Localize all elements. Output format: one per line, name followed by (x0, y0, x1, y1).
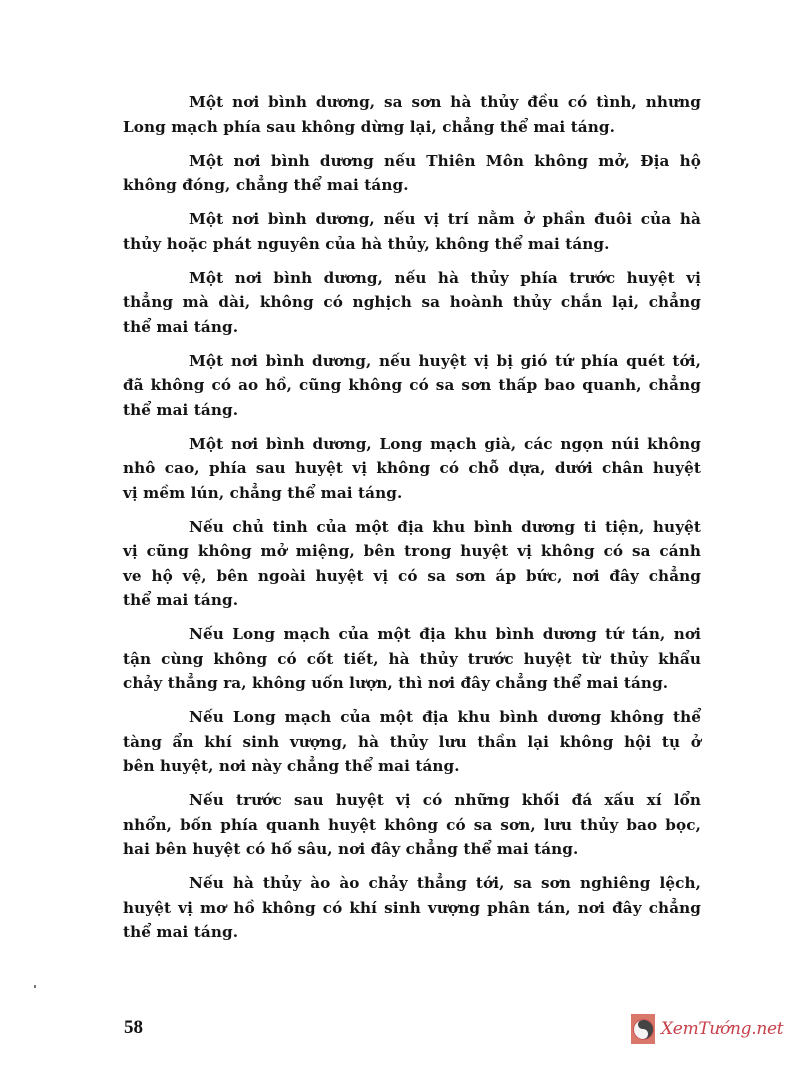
text-line: tàng ẩn khí sinh vượng, hà thủy lưu thần… (123, 730, 701, 755)
text-line: Một nơi bình dương, nếu huyệt vị bị gió … (123, 349, 701, 374)
text-line: Một nơi bình dương, Long mạch già, các n… (123, 432, 701, 457)
text-line-content: Một nơi bình dương nếu Thiên Môn không m… (189, 149, 701, 174)
text-line-content: không đóng, chẳng thể mai táng. (123, 173, 701, 198)
yin-yang-icon (633, 1019, 654, 1040)
text-line-content: vị cũng không mở miệng, bên trong huyệt … (123, 539, 701, 564)
text-line-content: tận cùng không có cốt tiết, hà thủy trướ… (123, 647, 701, 672)
text-line: chảy thẳng ra, không uốn lượn, thì nơi đ… (123, 671, 701, 696)
text-line-content: thủy hoặc phát nguyên của hà thủy, không… (123, 232, 701, 257)
body-text: Một nơi bình dương, sa sơn hà thủy đều c… (123, 90, 701, 954)
text-line: tận cùng không có cốt tiết, hà thủy trướ… (123, 647, 701, 672)
text-line: thể mai táng. (123, 315, 701, 340)
text-line: huyệt vị mơ hồ không có khí sinh vượng p… (123, 896, 701, 921)
text-line-content: huyệt vị mơ hồ không có khí sinh vượng p… (123, 896, 701, 921)
text-line: thể mai táng. (123, 398, 701, 423)
paragraph: Nếu chủ tinh của một địa khu bình dương … (123, 515, 701, 613)
paragraph: Nếu trước sau huyệt vị có những khối đá … (123, 788, 701, 862)
text-line-content: thẳng mà dài, không có nghịch sa hoành t… (123, 290, 701, 315)
text-line-content: Một nơi bình dương, Long mạch già, các n… (189, 432, 701, 457)
text-line: Một nơi bình dương, nếu hà thủy phía trư… (123, 266, 701, 291)
text-line: hai bên huyệt có hố sâu, nơi đây chẳng t… (123, 837, 701, 862)
text-line-content: vị mềm lún, chẳng thể mai táng. (123, 481, 701, 506)
text-line: Một nơi bình dương, nếu vị trí nằm ở phầ… (123, 207, 701, 232)
paragraph: Một nơi bình dương, nếu hà thủy phía trư… (123, 266, 701, 340)
text-line: nhổn, bốn phía quanh huyệt không có sa s… (123, 813, 701, 838)
paragraph: Một nơi bình dương, nếu huyệt vị bị gió … (123, 349, 701, 423)
watermark-text: XemTướng.net (661, 1019, 783, 1039)
text-line-content: bên huyệt, nơi này chẳng thể mai táng. (123, 754, 701, 779)
text-line-content: Nếu Long mạch của một địa khu bình dương… (189, 705, 701, 730)
text-line-content: thể mai táng. (123, 920, 701, 945)
text-line-content: Nếu Long mạch của một địa khu bình dương… (189, 622, 701, 647)
text-line-content: Một nơi bình dương, sa sơn hà thủy đều c… (189, 90, 701, 115)
text-line: thủy hoặc phát nguyên của hà thủy, không… (123, 232, 701, 257)
text-line-content: Nếu chủ tinh của một địa khu bình dương … (189, 515, 701, 540)
paragraph: Một nơi bình dương, Long mạch già, các n… (123, 432, 701, 506)
text-line-content: thể mai táng. (123, 315, 701, 340)
text-line-content: thể mai táng. (123, 588, 701, 613)
text-line-content: nhổn, bốn phía quanh huyệt không có sa s… (123, 813, 701, 838)
paragraph: Một nơi bình dương, sa sơn hà thủy đều c… (123, 90, 701, 139)
text-line: Nếu trước sau huyệt vị có những khối đá … (123, 788, 701, 813)
text-line-content: tàng ẩn khí sinh vượng, hà thủy lưu thần… (123, 730, 701, 755)
text-line-content: đã không có ao hồ, cũng không có sa sơn … (123, 373, 701, 398)
text-line: Nếu Long mạch của một địa khu bình dương… (123, 622, 701, 647)
text-line-content: hai bên huyệt có hố sâu, nơi đây chẳng t… (123, 837, 701, 862)
text-line: không đóng, chẳng thể mai táng. (123, 173, 701, 198)
paragraph: Nếu Long mạch của một địa khu bình dương… (123, 705, 701, 779)
text-line: Nếu chủ tinh của một địa khu bình dương … (123, 515, 701, 540)
text-line-content: Một nơi bình dương, nếu huyệt vị bị gió … (189, 349, 701, 374)
paragraph: Một nơi bình dương nếu Thiên Môn không m… (123, 149, 701, 198)
text-line: Một nơi bình dương, sa sơn hà thủy đều c… (123, 90, 701, 115)
text-line: bên huyệt, nơi này chẳng thể mai táng. (123, 754, 701, 779)
text-line-content: Long mạch phía sau không dừng lại, chẳng… (123, 115, 701, 140)
text-line-content: Một nơi bình dương, nếu hà thủy phía trư… (189, 266, 701, 291)
watermark-logo: XemTướng.net (631, 1014, 783, 1044)
paragraph: Nếu Long mạch của một địa khu bình dương… (123, 622, 701, 696)
text-line-content: Một nơi bình dương, nếu vị trí nằm ở phầ… (189, 207, 701, 232)
text-line-content: thể mai táng. (123, 398, 701, 423)
text-line-content: chảy thẳng ra, không uốn lượn, thì nơi đ… (123, 671, 701, 696)
page-number: 58 (124, 1017, 143, 1039)
scan-speck (34, 985, 36, 988)
text-line: Nếu hà thủy ào ào chảy thẳng tới, sa sơn… (123, 871, 701, 896)
text-line: vị mềm lún, chẳng thể mai táng. (123, 481, 701, 506)
watermark-logo-box (631, 1014, 655, 1044)
text-line: thể mai táng. (123, 588, 701, 613)
text-line-content: Nếu trước sau huyệt vị có những khối đá … (189, 788, 701, 813)
paragraph: Một nơi bình dương, nếu vị trí nằm ở phầ… (123, 207, 701, 256)
paragraph: Nếu hà thủy ào ào chảy thẳng tới, sa sơn… (123, 871, 701, 945)
text-line-content: Nếu hà thủy ào ào chảy thẳng tới, sa sơn… (189, 871, 701, 896)
text-line-content: nhô cao, phía sau huyệt vị không có chỗ … (123, 456, 701, 481)
text-line: thẳng mà dài, không có nghịch sa hoành t… (123, 290, 701, 315)
text-line-content: ve hộ vệ, bên ngoài huyệt vị có sa sơn á… (123, 564, 701, 589)
text-line: Nếu Long mạch của một địa khu bình dương… (123, 705, 701, 730)
text-line: Long mạch phía sau không dừng lại, chẳng… (123, 115, 701, 140)
text-line: vị cũng không mở miệng, bên trong huyệt … (123, 539, 701, 564)
text-line: thể mai táng. (123, 920, 701, 945)
text-line: Một nơi bình dương nếu Thiên Môn không m… (123, 149, 701, 174)
text-line: đã không có ao hồ, cũng không có sa sơn … (123, 373, 701, 398)
book-page: Một nơi bình dương, sa sơn hà thủy đều c… (0, 0, 797, 1067)
text-line: nhô cao, phía sau huyệt vị không có chỗ … (123, 456, 701, 481)
text-line: ve hộ vệ, bên ngoài huyệt vị có sa sơn á… (123, 564, 701, 589)
